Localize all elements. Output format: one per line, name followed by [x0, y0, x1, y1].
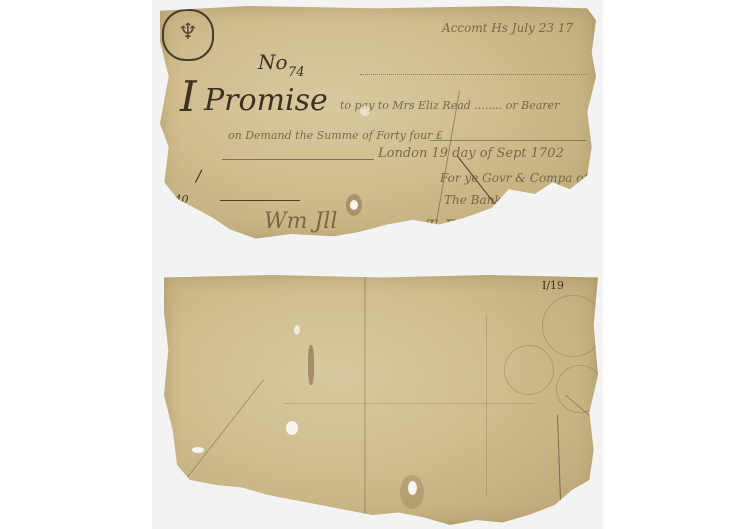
image-stage: ♆ Accomt Hs July 23 17 No 74 I Promise t…	[0, 0, 756, 529]
london-rule	[222, 159, 374, 160]
note-number: 74	[288, 66, 305, 79]
catalogue-mark: I/19	[542, 280, 564, 291]
date-line: Accomt Hs July 23 17	[442, 22, 573, 34]
date-rule	[360, 74, 588, 75]
britannia-figure-icon: ♆	[178, 20, 198, 45]
horizontal-fold	[284, 403, 534, 404]
vertical-fold	[486, 315, 487, 495]
promise-word: Promise	[204, 86, 328, 116]
for-governor-line: For ye Govr & Compa of	[440, 172, 588, 184]
amount-rule	[220, 200, 300, 201]
vertical-fold	[364, 275, 366, 525]
paper-hole	[286, 421, 298, 435]
number-prefix: No	[258, 52, 288, 72]
demand-line: on Demand the Summe of Forty four £	[228, 130, 443, 141]
signature-left: Wm Jll	[264, 211, 337, 233]
paper-hole	[360, 106, 370, 116]
paper-hole	[192, 447, 204, 453]
paper-hole	[294, 325, 300, 335]
payee-line: to pay to Mrs Eliz Read ........ or Bear…	[340, 100, 559, 111]
britannia-seal-icon: ♆	[162, 9, 214, 61]
paper-hole	[408, 481, 417, 495]
dark-stain	[308, 345, 314, 385]
demand-rule	[430, 140, 586, 141]
paper-hole	[350, 200, 358, 210]
tick-mark: /	[196, 168, 201, 184]
promise-initial: I	[180, 76, 197, 118]
ring-stain	[504, 345, 554, 395]
london-date-line: London 19 day of Sept 1702	[378, 147, 564, 160]
